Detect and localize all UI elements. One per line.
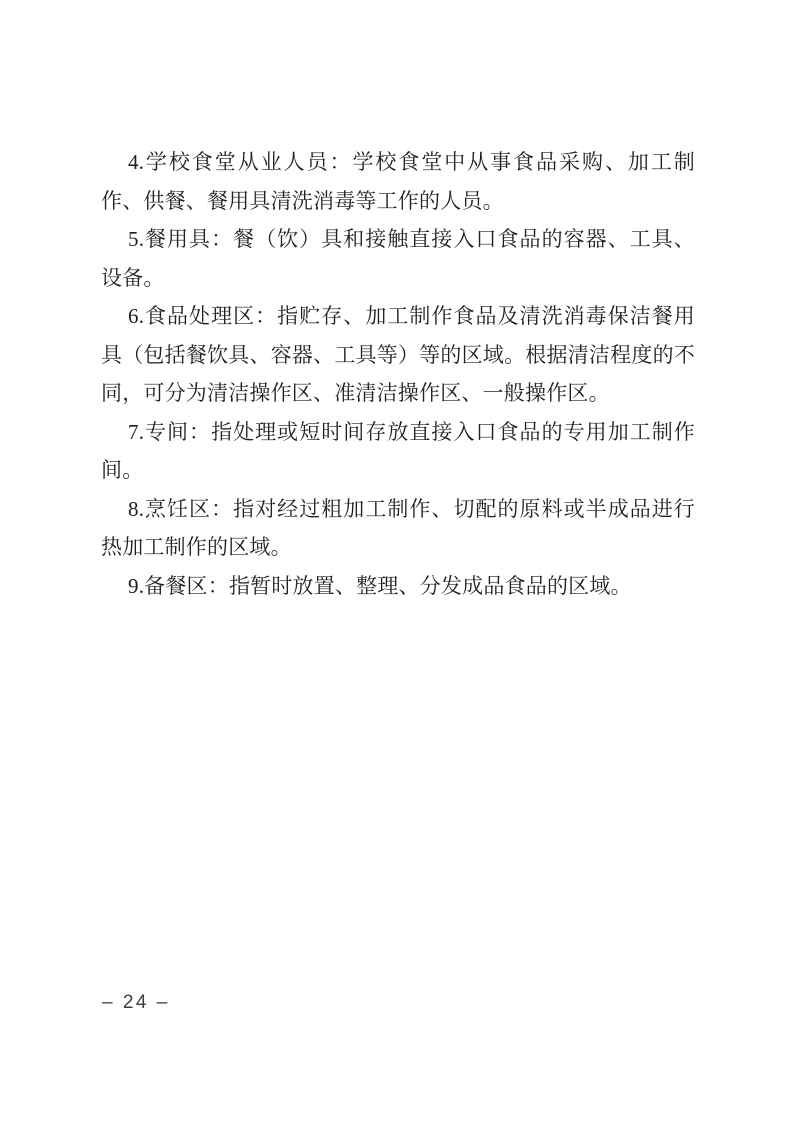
- page-number: – 24 –: [102, 992, 170, 1014]
- document-body: 4.学校食堂从业人员：学校食堂中从事食品采购、加工制作、供餐、餐用具清洗消毒等工…: [101, 143, 695, 605]
- definition-paragraph-6: 6.食品处理区：指贮存、加工制作食品及清洗消毒保洁餐用具（包括餐饮具、容器、工具…: [101, 297, 695, 413]
- definition-paragraph-7: 7.专间：指处理或短时间存放直接入口食品的专用加工制作间。: [101, 413, 695, 490]
- document-page: 4.学校食堂从业人员：学校食堂中从事食品采购、加工制作、供餐、餐用具清洗消毒等工…: [0, 0, 794, 1123]
- definition-paragraph-9: 9.备餐区：指暂时放置、整理、分发成品食品的区域。: [101, 567, 695, 606]
- definition-paragraph-8: 8.烹饪区：指对经过粗加工制作、切配的原料或半成品进行热加工制作的区域。: [101, 490, 695, 567]
- definition-paragraph-5: 5.餐用具：餐（饮）具和接触直接入口食品的容器、工具、设备。: [101, 220, 695, 297]
- definition-paragraph-4: 4.学校食堂从业人员：学校食堂中从事食品采购、加工制作、供餐、餐用具清洗消毒等工…: [101, 143, 695, 220]
